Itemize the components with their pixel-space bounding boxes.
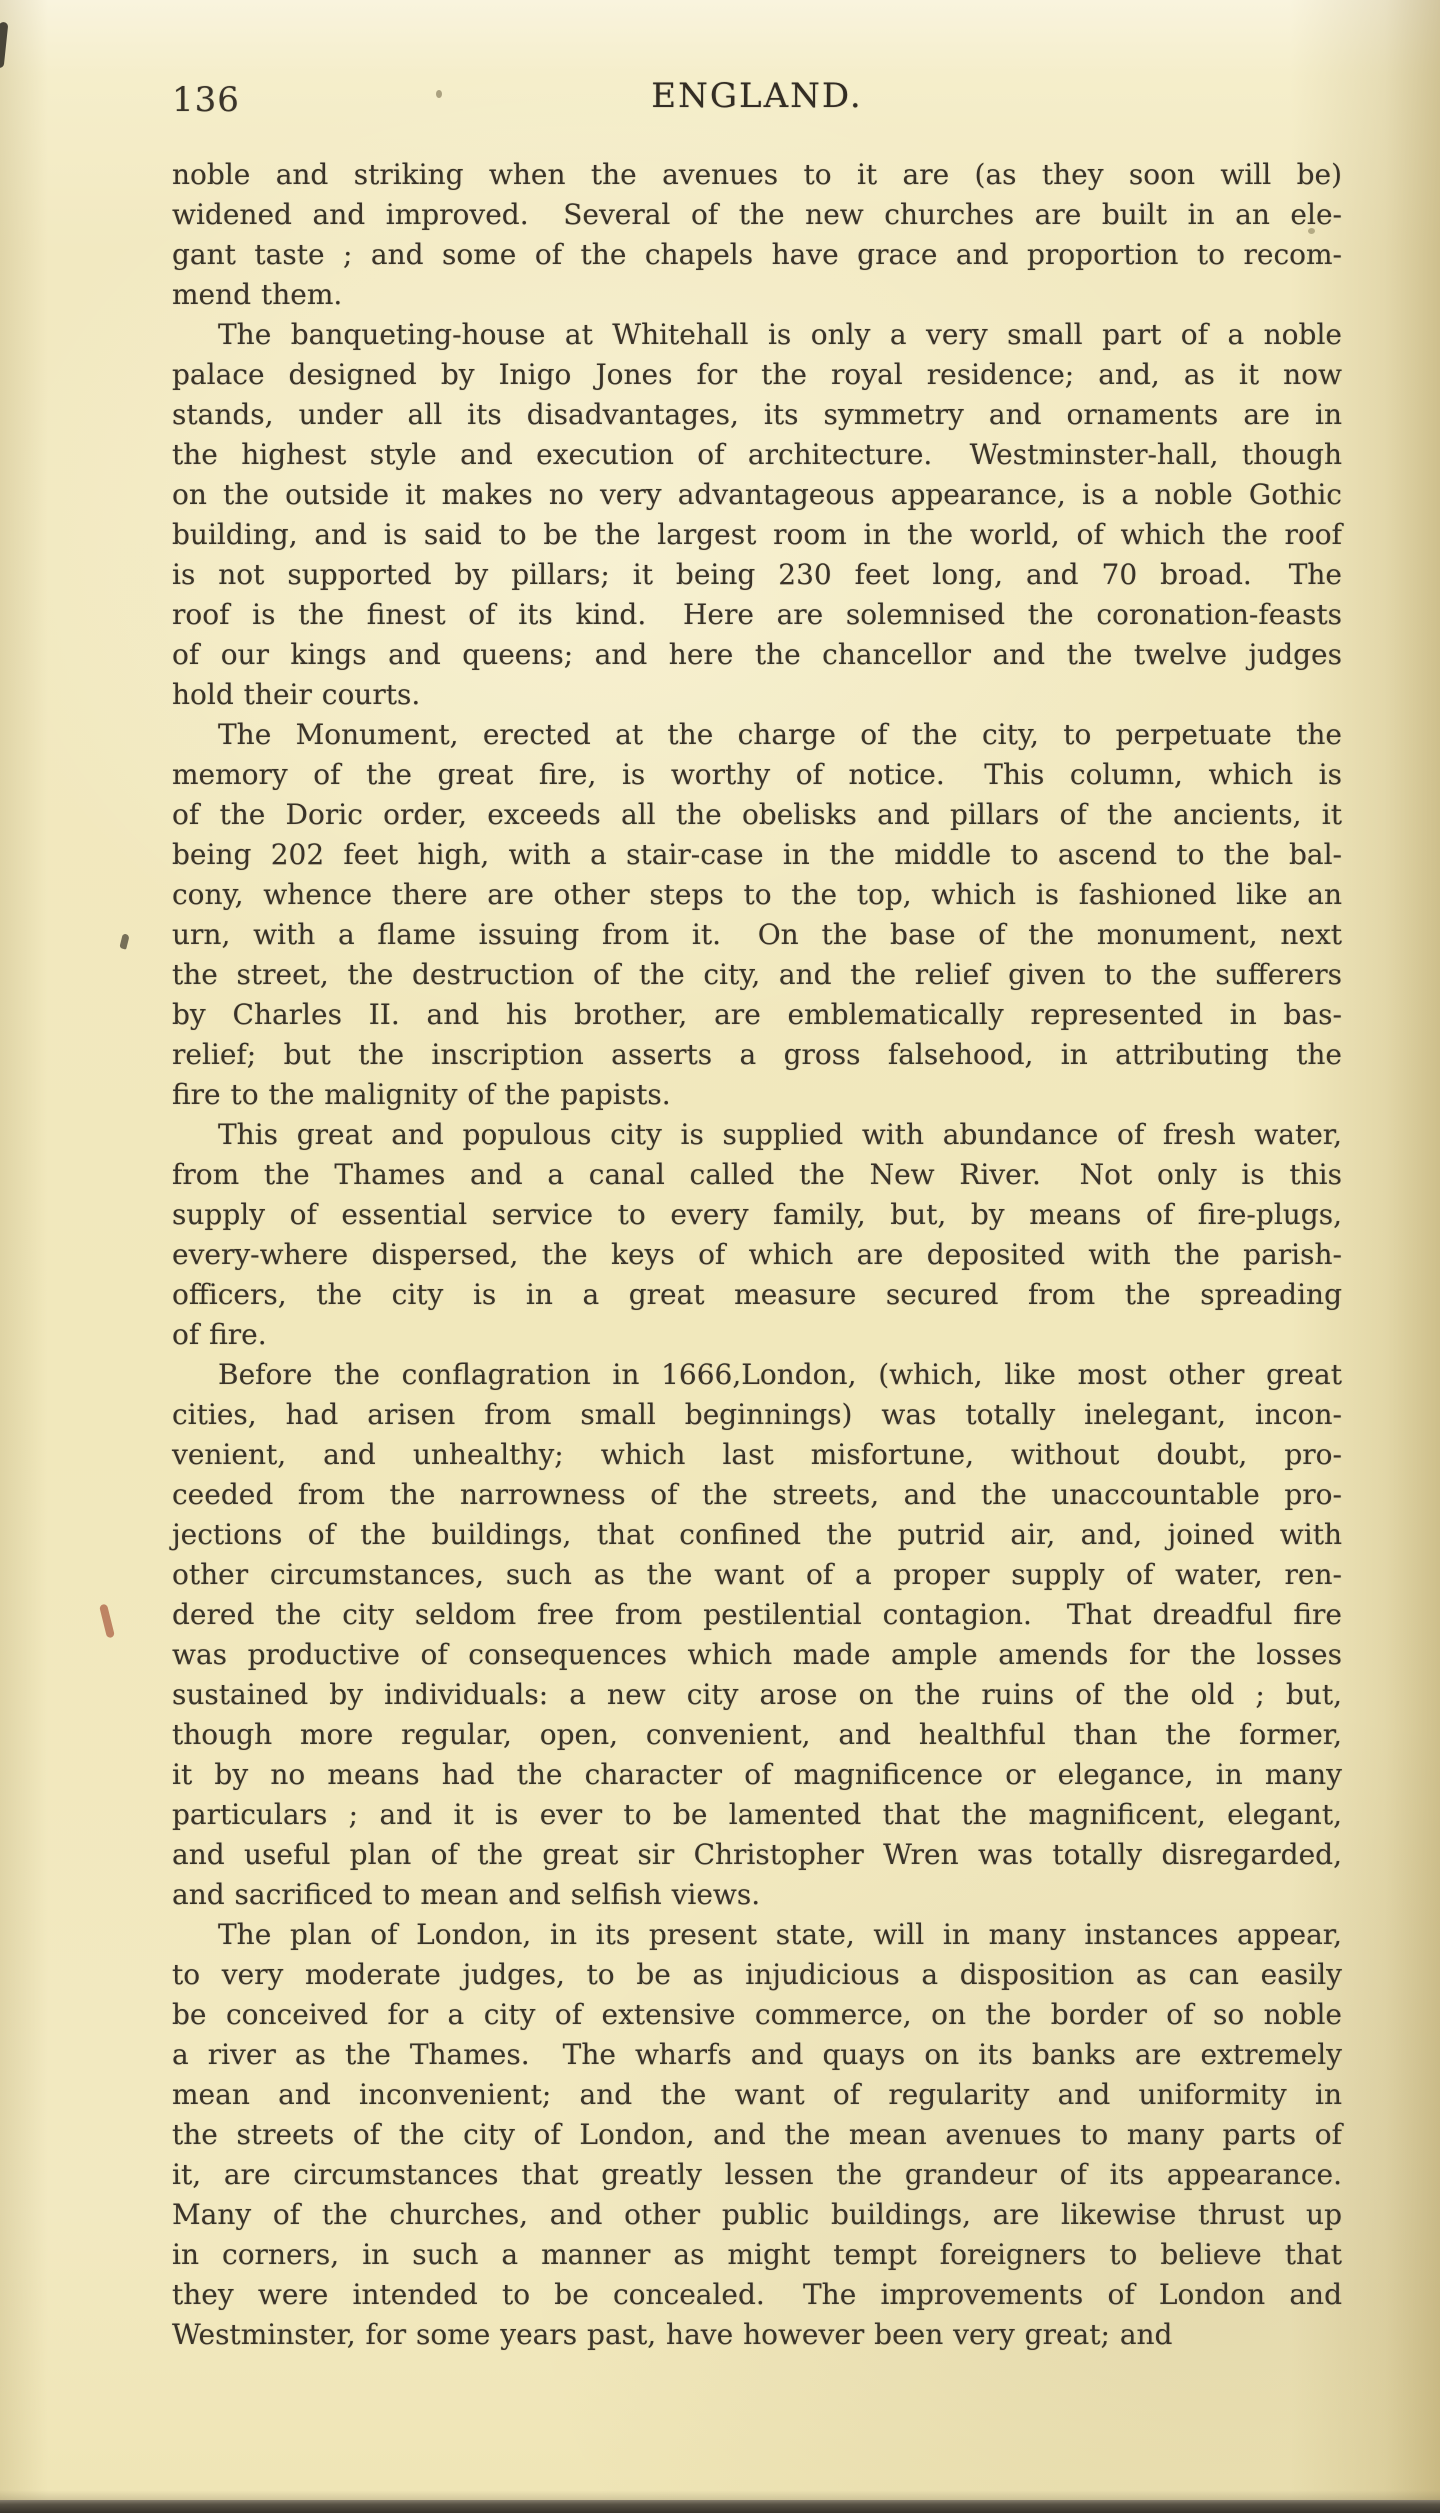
text-line: from the Thames and a canal called the N… [172, 1155, 1342, 1195]
text-line: This great and populous city is supplied… [172, 1115, 1342, 1155]
text-line: Before the conflagration in 1666,London,… [172, 1355, 1342, 1395]
book-page-scan: 136 ENGLAND. noble and striking when the… [0, 0, 1440, 2513]
text-line: gant taste ; and some of the chapels hav… [172, 235, 1342, 275]
text-line: sustained by individuals: a new city aro… [172, 1675, 1342, 1715]
text-line: hold their courts. [172, 675, 1342, 715]
text-line: relief; but the inscription asserts a gr… [172, 1035, 1342, 1075]
scan-bottom-strip [0, 2500, 1440, 2513]
text-line: stands, under all its disadvantages, its… [172, 395, 1342, 435]
text-line: of the Doric order, exceeds all the obel… [172, 795, 1342, 835]
scan-edge-shadow [0, 2490, 1440, 2500]
text-line: they were intended to be concealed. The … [172, 2275, 1342, 2315]
page-header-row: 136 ENGLAND. [172, 0, 1342, 130]
text-line: every-where dispersed, the keys of which… [172, 1235, 1342, 1275]
text-line: to very moderate judges, to be as injudi… [172, 1955, 1342, 1995]
text-line: cities, had arisen from small beginnings… [172, 1395, 1342, 1435]
text-line: on the outside it makes no very advantag… [172, 475, 1342, 515]
text-line: urn, with a flame issuing from it. On th… [172, 915, 1342, 955]
ink-speck [1308, 228, 1315, 234]
paragraph: The Monument, erected at the charge of t… [172, 715, 1342, 1115]
text-line: it, are circumstances that greatly lesse… [172, 2155, 1342, 2195]
text-line: was productive of consequences which mad… [172, 1635, 1342, 1675]
text-line: is not supported by pillars; it being 23… [172, 555, 1342, 595]
text-line: fire to the malignity of the papists. [172, 1075, 1342, 1115]
text-line: The Monument, erected at the charge of t… [172, 715, 1342, 755]
text-line: the street, the destruction of the city,… [172, 955, 1342, 995]
text-line: other circumstances, such as the want of… [172, 1555, 1342, 1595]
scan-corner-artifact [0, 22, 8, 69]
text-line: jections of the buildings, that confined… [172, 1515, 1342, 1555]
text-line: being 202 feet high, with a stair-case i… [172, 835, 1342, 875]
ink-speck [436, 90, 442, 98]
text-line: supply of essential service to every fam… [172, 1195, 1342, 1235]
text-line: of fire. [172, 1315, 1342, 1355]
text-line: venient, and unhealthy; which last misfo… [172, 1435, 1342, 1475]
text-line: the streets of the city of London, and t… [172, 2115, 1342, 2155]
text-line: and useful plan of the great sir Christo… [172, 1835, 1342, 1875]
text-line: The plan of London, in its present state… [172, 1915, 1342, 1955]
text-line: roof is the finest of its kind. Here are… [172, 595, 1342, 635]
text-line: building, and is said to be the largest … [172, 515, 1342, 555]
paragraph: Before the conflagration in 1666,London,… [172, 1355, 1342, 1915]
paragraph: noble and striking when the avenues to i… [172, 155, 1342, 315]
paragraph: The banqueting-house at Whitehall is onl… [172, 315, 1342, 715]
text-line: of our kings and queens; and here the ch… [172, 635, 1342, 675]
text-line: memory of the great fire, is worthy of n… [172, 755, 1342, 795]
text-line: ceeded from the narrowness of the street… [172, 1475, 1342, 1515]
paragraph: The plan of London, in its present state… [172, 1915, 1342, 2355]
text-line: Westminster, for some years past, have h… [172, 2315, 1342, 2355]
text-line: the highest style and execution of archi… [172, 435, 1342, 475]
paragraph: This great and populous city is supplied… [172, 1115, 1342, 1355]
text-line: mean and inconvenient; and the want of r… [172, 2075, 1342, 2115]
running-head-title: ENGLAND. [172, 76, 1342, 116]
text-body: noble and striking when the avenues to i… [172, 155, 1342, 2355]
text-line: and sacrificed to mean and selfish views… [172, 1875, 1342, 1915]
text-line: in corners, in such a manner as might te… [172, 2235, 1342, 2275]
text-line: it by no means had the character of magn… [172, 1755, 1342, 1795]
text-line: particulars ; and it is ever to be lamen… [172, 1795, 1342, 1835]
text-line: cony, whence there are other steps to th… [172, 875, 1342, 915]
text-line: noble and striking when the avenues to i… [172, 155, 1342, 195]
text-line: be conceived for a city of extensive com… [172, 1995, 1342, 2035]
text-line: dered the city seldom free from pestilen… [172, 1595, 1342, 1635]
text-line: mend them. [172, 275, 1342, 315]
text-line: Many of the churches, and other public b… [172, 2195, 1342, 2235]
ink-speck [119, 933, 129, 949]
text-line: a river as the Thames. The wharfs and qu… [172, 2035, 1342, 2075]
text-line: officers, the city is in a great measure… [172, 1275, 1342, 1315]
text-line: widened and improved. Several of the new… [172, 195, 1342, 235]
text-line: though more regular, open, convenient, a… [172, 1715, 1342, 1755]
text-line: by Charles II. and his brother, are embl… [172, 995, 1342, 1035]
text-line: The banqueting-house at Whitehall is onl… [172, 315, 1342, 355]
text-line: palace designed by Inigo Jones for the r… [172, 355, 1342, 395]
rust-mark [99, 1604, 115, 1639]
